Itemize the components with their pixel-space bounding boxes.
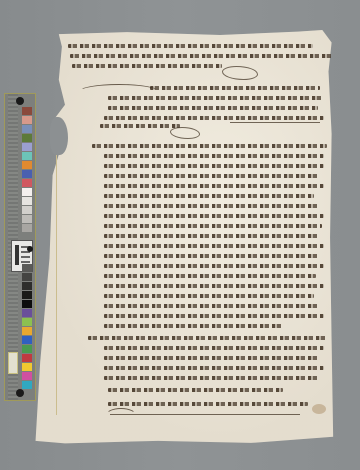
color-patch xyxy=(22,372,32,380)
text-line xyxy=(68,44,313,48)
text-line xyxy=(104,264,324,268)
text-line xyxy=(104,234,319,238)
text-line xyxy=(104,214,324,218)
paper-stain xyxy=(312,404,326,414)
target-hole-bottom xyxy=(16,389,24,397)
color-patch xyxy=(22,143,32,151)
color-patch xyxy=(22,107,32,115)
text-line xyxy=(88,336,328,340)
underline xyxy=(230,122,320,123)
color-patch xyxy=(22,291,32,299)
text-line xyxy=(150,86,320,90)
text-line xyxy=(104,356,319,360)
text-line xyxy=(70,54,332,58)
text-line xyxy=(104,376,320,380)
text-line xyxy=(104,116,324,120)
color-patch xyxy=(22,381,32,389)
color-patch xyxy=(22,363,32,371)
color-patch xyxy=(22,134,32,142)
color-patch xyxy=(22,224,32,232)
text-line xyxy=(104,314,324,318)
text-line xyxy=(72,64,222,68)
text-line xyxy=(104,164,324,168)
text-line xyxy=(104,224,322,228)
color-patch xyxy=(22,125,32,133)
color-patch xyxy=(22,282,32,290)
text-line xyxy=(104,204,319,208)
text-line xyxy=(104,154,324,158)
color-calibration-target xyxy=(4,93,36,401)
color-patch xyxy=(22,152,32,160)
color-patch xyxy=(22,318,32,326)
color-patch xyxy=(22,309,32,317)
text-line xyxy=(108,402,308,406)
color-patch xyxy=(22,170,32,178)
color-patch xyxy=(22,188,32,196)
text-line xyxy=(104,194,314,198)
target-hole-top xyxy=(16,97,24,105)
text-line xyxy=(104,254,318,258)
color-patch xyxy=(22,116,32,124)
color-patch xyxy=(22,161,32,169)
text-line xyxy=(100,124,180,128)
color-patch xyxy=(22,345,32,353)
text-line xyxy=(104,366,324,370)
text-line xyxy=(104,304,319,308)
color-patch xyxy=(22,179,32,187)
text-line xyxy=(104,174,319,178)
target-logo xyxy=(8,352,18,374)
text-line xyxy=(104,294,314,298)
paper-fold-line xyxy=(56,155,57,415)
color-patch xyxy=(22,336,32,344)
color-patch xyxy=(22,300,32,308)
signature-flourish xyxy=(105,408,137,424)
text-line xyxy=(108,96,323,100)
text-line xyxy=(104,324,284,328)
text-line xyxy=(104,274,316,278)
text-line xyxy=(104,284,324,288)
color-patch xyxy=(22,327,32,335)
color-patch xyxy=(22,264,32,272)
target-hole-mid xyxy=(27,246,33,252)
color-patch xyxy=(22,273,32,281)
text-line xyxy=(104,244,324,248)
paper-damage-hole xyxy=(50,117,68,155)
color-patch xyxy=(22,197,32,205)
color-patch xyxy=(22,206,32,214)
color-patch xyxy=(22,215,32,223)
text-line xyxy=(92,144,327,148)
color-patch xyxy=(22,354,32,362)
text-line xyxy=(104,346,324,350)
signature-rule xyxy=(110,414,300,415)
text-line xyxy=(108,388,283,392)
text-line xyxy=(104,184,324,188)
text-line xyxy=(108,106,318,110)
